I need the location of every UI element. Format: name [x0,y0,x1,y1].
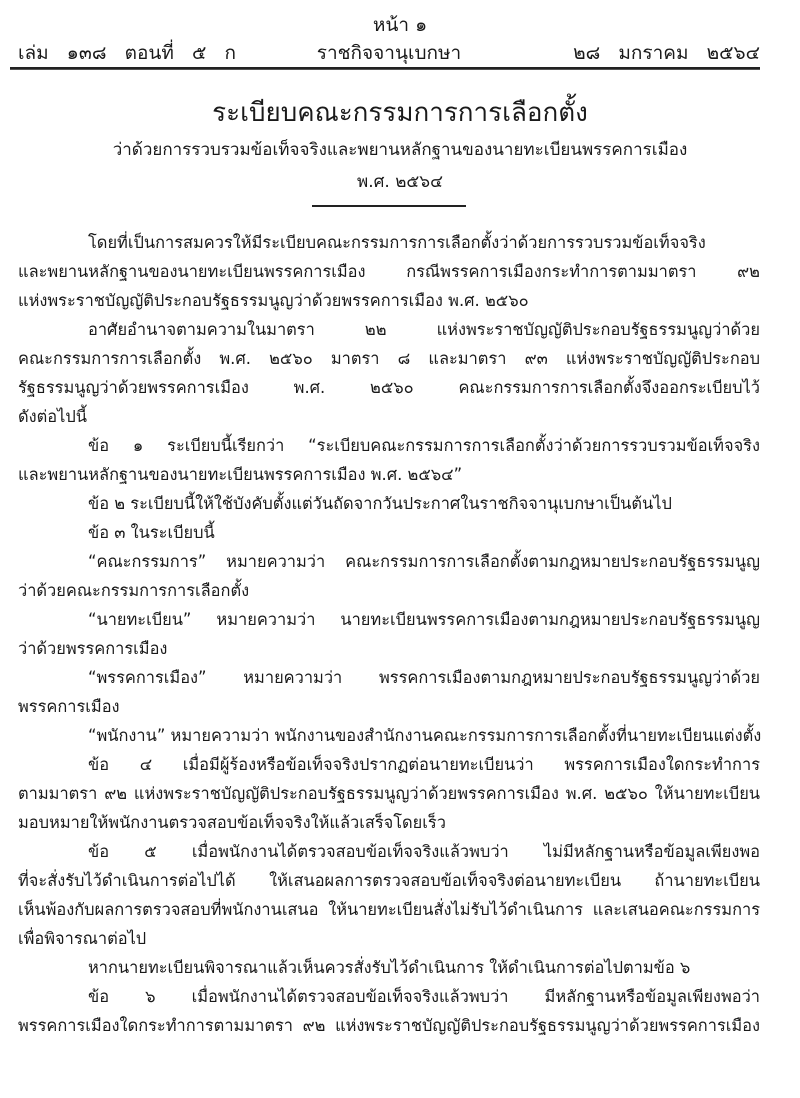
body-line: รัฐธรรมนูญว่าด้วยพรรคการเมือง พ.ศ. ๒๕๖๐ … [18,373,760,402]
body-line: โดยที่เป็นการสมควรให้มีระเบียบคณะกรรมการ… [18,228,760,257]
body-line: พรรคการเมืองใดกระทำการตามมาตรา ๙๒ แห่งพร… [18,1011,760,1040]
page-number: หน้า ๑ [0,10,800,40]
body-line: “พรรคการเมือง” หมายความว่า พรรคการเมืองต… [18,663,760,692]
body-line: และพยานหลักฐานของนายทะเบียนพรรคการเมือง … [18,257,760,286]
document-title: ระเบียบคณะกรรมการการเลือกตั้ง [0,92,800,133]
body-line: และพยานหลักฐานของนายทะเบียนพรรคการเมือง … [18,460,760,489]
document-year: พ.ศ. ๒๕๖๔ [0,168,800,195]
body-line: “พนักงาน” หมายความว่า พนักงานของสำนักงาน… [18,721,760,750]
document-body: โดยที่เป็นการสมควรให้มีระเบียบคณะกรรมการ… [18,228,760,1040]
body-line: ที่จะสั่งรับไว้ดำเนินการต่อไปได้ ให้เสนอ… [18,866,760,895]
document-subtitle: ว่าด้วยการรวบรวมข้อเท็จจริงและพยานหลักฐา… [0,136,800,163]
publication-date: ๒๘ มกราคม ๒๕๖๔ [573,38,760,68]
body-line: เพื่อพิจารณาต่อไป [18,924,760,953]
body-line: ข้อ ๔ เมื่อมีผู้ร้องหรือข้อเท็จจริงปรากฏ… [18,750,760,779]
body-line: แห่งพระราชบัญญัติประกอบรัฐธรรมนูญว่าด้วย… [18,286,760,315]
body-line: มอบหมายให้พนักงานตรวจสอบข้อเท็จจริงให้แล… [18,808,760,837]
body-line: ว่าด้วยคณะกรรมการการเลือกตั้ง [18,576,760,605]
gazette-header: เล่ม ๑๓๘ ตอนที่ ๕ ก ราชกิจจานุเบกษา ๒๘ ม… [18,38,760,64]
body-line: ตามมาตรา ๙๒ แห่งพระราชบัญญัติประกอบรัฐธร… [18,779,760,808]
body-line: หากนายทะเบียนพิจารณาแล้วเห็นควรสั่งรับไว… [18,953,760,982]
body-line: ข้อ ๖ เมื่อพนักงานได้ตรวจสอบข้อเท็จจริงแ… [18,982,760,1011]
body-line: อาศัยอำนาจตามความในมาตรา ๒๒ แห่งพระราชบั… [18,315,760,344]
body-line: เห็นพ้องกับผลการตรวจสอบที่พนักงานเสนอ ให… [18,895,760,924]
body-line: ข้อ ๓ ในระเบียบนี้ [18,518,760,547]
body-line: ดังต่อไปนี้ [18,402,760,431]
body-line: “คณะกรรมการ” หมายความว่า คณะกรรมการการเล… [18,547,760,576]
body-line: คณะกรรมการการเลือกตั้ง พ.ศ. ๒๕๖๐ มาตรา ๘… [18,344,760,373]
body-line: พรรคการเมือง [18,692,760,721]
body-line: ข้อ ๕ เมื่อพนักงานได้ตรวจสอบข้อเท็จจริงแ… [18,837,760,866]
body-line: ข้อ ๑ ระเบียบนี้เรียกว่า “ระเบียบคณะกรรม… [18,431,760,460]
body-line: “นายทะเบียน” หมายความว่า นายทะเบียนพรรคก… [18,605,760,634]
body-line: ข้อ ๒ ระเบียบนี้ให้ใช้บังคับตั้งแต่วันถั… [18,489,760,518]
title-divider [312,205,466,207]
header-divider [10,67,760,69]
body-line: ว่าด้วยพรรคการเมือง [18,634,760,663]
